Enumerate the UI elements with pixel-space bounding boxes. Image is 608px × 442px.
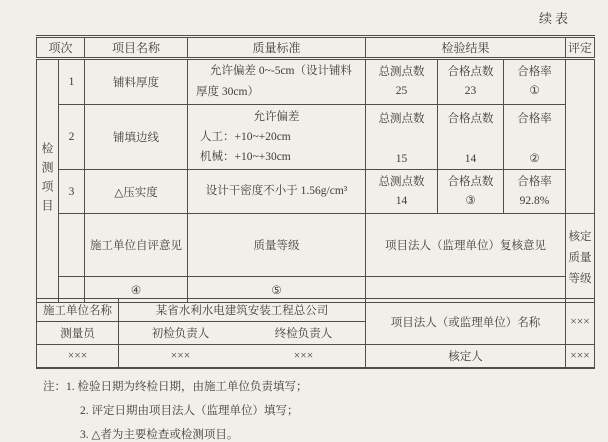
signature-table: 施工单位名称 某省水利水电建筑安装工程总公司 项目法人（或监理单位）名称 ×××… bbox=[36, 298, 595, 369]
row1-name: 铺料厚度 bbox=[85, 59, 188, 105]
row3-standard: 设计干密度不小于 1.56g/cm³ bbox=[188, 170, 366, 214]
footnotes: 注：1. 检验日期为终检日期，由施工单位负责填写； 2. 评定日期由项目法人（监… bbox=[43, 375, 308, 442]
verifier-value: ××× bbox=[566, 345, 595, 369]
final-check-value: ××× bbox=[242, 350, 365, 362]
row3-name: △压实度 bbox=[85, 170, 188, 214]
note-3: 3. △者为主要检查或检测项目。 bbox=[43, 423, 308, 442]
table-header-row: 项次 项目名称 质量标准 检验结果 评定 bbox=[37, 37, 595, 59]
check-leaders-cell: 初检负责人 终检负责人 bbox=[119, 322, 366, 345]
review-row: 施工单位自评意见 质量等级 项目法人（监理单位）复核意见 核定 质量 等级 bbox=[37, 214, 595, 277]
row1-standard: 允许偏差 0~-5cm（设计铺料 厚度 30cm） bbox=[188, 59, 366, 105]
section-label-cell: 检测项目 bbox=[37, 59, 59, 303]
note-1: 注：1. 检验日期为终检日期，由施工单位负责填写； bbox=[43, 375, 308, 399]
header-quality-standard: 质量标准 bbox=[188, 37, 366, 59]
row2-pass-rate: 合格率 ② bbox=[504, 105, 566, 170]
row3-no: 3 bbox=[59, 170, 85, 214]
verifier-label: 核定人 bbox=[366, 345, 566, 369]
table-row: 检测项目 1 铺料厚度 允许偏差 0~-5cm（设计铺料 厚度 30cm） 总测… bbox=[37, 59, 595, 105]
row3-total-points: 总测点数 14 bbox=[366, 170, 438, 214]
row2-no: 2 bbox=[59, 105, 85, 170]
header-item-no: 项次 bbox=[37, 37, 85, 59]
row2-standard: 允许偏差 人工：+10~+20cm 机械：+10~+30cm bbox=[188, 105, 366, 170]
constructor-name-value: 某省水利水电建筑安装工程总公司 bbox=[119, 299, 366, 322]
signature-row: ××× ××× ××× 核定人 ××× bbox=[37, 345, 595, 369]
table-row: 3 △压实度 设计干密度不小于 1.56g/cm³ 总测点数 14 合格点数 ③… bbox=[37, 170, 595, 214]
header-item-name: 项目名称 bbox=[85, 37, 188, 59]
surveyor-label: 测量员 bbox=[37, 322, 119, 345]
header-evaluation: 评定 bbox=[566, 37, 595, 59]
owner-name-label: 项目法人（或监理单位）名称 bbox=[366, 299, 566, 345]
row1-pass-rate: 合格率 ① bbox=[504, 59, 566, 105]
row3-pass-rate: 合格率 92.8% bbox=[504, 170, 566, 214]
final-check-label: 终检负责人 bbox=[242, 325, 365, 341]
evaluation-empty-cell bbox=[566, 59, 595, 214]
scanned-form-page: 续表 项次 项目名称 质量标准 检验结果 评定 检测项目 1 铺料厚度 允许偏差… bbox=[0, 0, 608, 442]
inspection-table: 项次 项目名称 质量标准 检验结果 评定 检测项目 1 铺料厚度 允许偏差 0~… bbox=[36, 35, 595, 303]
continued-table-label: 续表 bbox=[539, 8, 571, 27]
row1-total-points: 总测点数 25 bbox=[366, 59, 438, 105]
self-eval-label: 施工单位自评意见 bbox=[85, 214, 188, 277]
review-row-no-cell bbox=[59, 214, 85, 277]
owner-name-value: ××× bbox=[566, 299, 595, 345]
header-inspection-result: 检验结果 bbox=[366, 37, 566, 59]
note-2: 2. 评定日期由项目法人（监理单位）填写； bbox=[43, 399, 308, 423]
owner-review-label: 项目法人（监理单位）复核意见 bbox=[366, 214, 566, 277]
row2-name: 铺填边线 bbox=[85, 105, 188, 170]
surveyor-value: ××× bbox=[37, 345, 119, 369]
initial-check-value: ××× bbox=[119, 350, 242, 362]
check-leaders-values: ××× ××× bbox=[119, 345, 366, 369]
row3-pass-points: 合格点数 ③ bbox=[438, 170, 504, 214]
quality-grade-label: 质量等级 bbox=[188, 214, 366, 277]
initial-check-label: 初检负责人 bbox=[119, 325, 242, 341]
row2-total-points: 总测点数 15 bbox=[366, 105, 438, 170]
row2-pass-points: 合格点数 14 bbox=[438, 105, 504, 170]
signature-row: 施工单位名称 某省水利水电建筑安装工程总公司 项目法人（或监理单位）名称 ××× bbox=[37, 299, 595, 322]
verified-grade-cell: 核定 质量 等级 bbox=[566, 214, 595, 303]
table-row: 2 铺填边线 允许偏差 人工：+10~+20cm 机械：+10~+30cm 总测… bbox=[37, 105, 595, 170]
constructor-name-label: 施工单位名称 bbox=[37, 299, 119, 322]
row1-no: 1 bbox=[59, 59, 85, 105]
row1-pass-points: 合格点数 23 bbox=[438, 59, 504, 105]
section-label: 检测项目 bbox=[39, 142, 56, 218]
